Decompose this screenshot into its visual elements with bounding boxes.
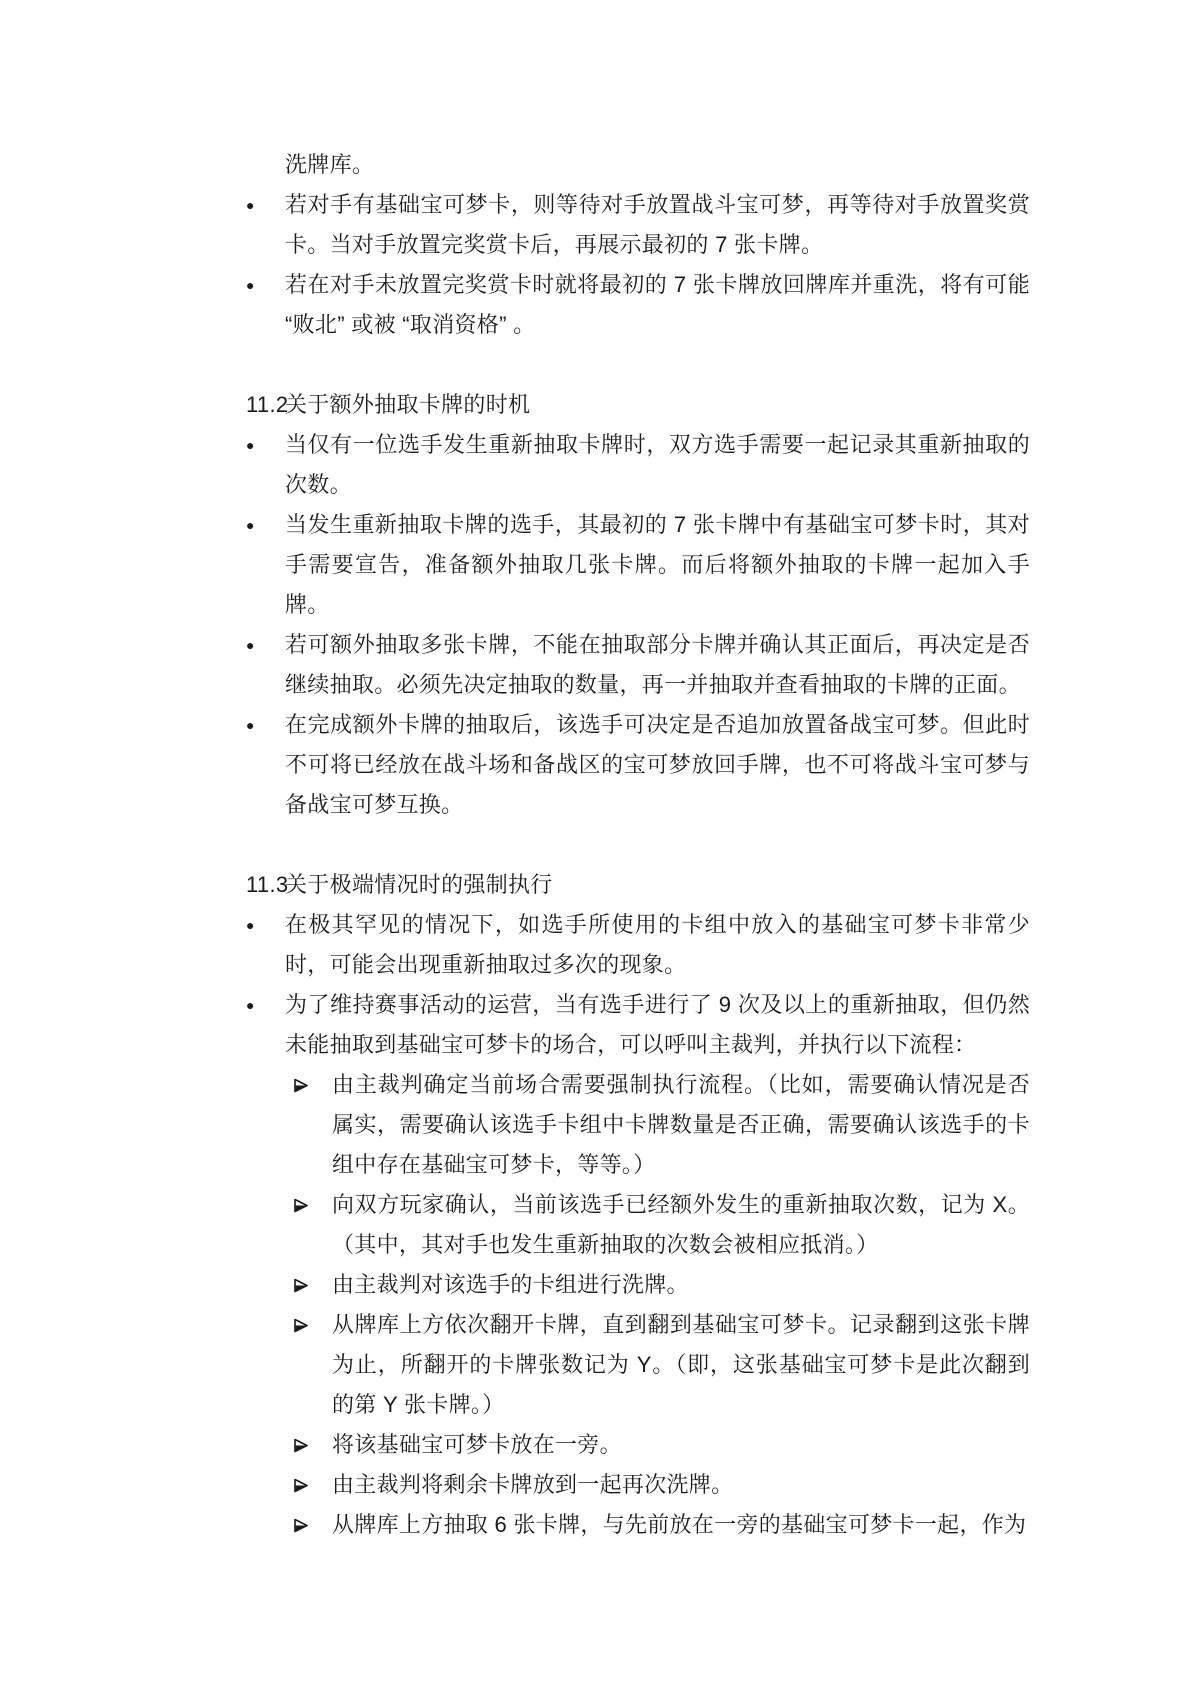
bullet-dot-icon: ● [246,625,285,665]
bullet-item: ●在完成额外卡牌的抽取后，该选手可决定是否追加放置备战宝可梦。但此时不可将已经放… [246,705,1030,825]
section-number: 11.3 [246,865,285,905]
bullet-dot-icon: ● [246,505,285,545]
bullet-item: ●当发生重新抽取卡牌的选手，其最初的 7 张卡牌中有基础宝可梦卡时，其对手需要宣… [246,505,1030,625]
document-content: 洗牌库。●若对手有基础宝可梦卡，则等待对手放置战斗宝可梦，再等待对手放置奖赏卡。… [0,0,1190,1545]
bullet-text: 在极其罕见的情况下，如选手所使用的卡组中放入的基础宝可梦卡非常少时，可能会出现重… [285,905,1030,985]
bullet-dot-icon: ● [246,705,285,745]
bullet-item: ●当仅有一位选手发生重新抽取卡牌时，双方选手需要一起记录其重新抽取的次数。 [246,425,1030,505]
section-title: 关于极端情况时的强制执行 [285,865,1030,905]
bullet-text: 当发生重新抽取卡牌的选手，其最初的 7 张卡牌中有基础宝可梦卡时，其对手需要宣告… [285,505,1030,625]
sub-bullet-item: 从牌库上方依次翻开卡牌，直到翻到基础宝可梦卡。记录翻到这张卡牌为止，所翻开的卡牌… [285,1305,1030,1425]
sub-bullet-text: 从牌库上方依次翻开卡牌，直到翻到基础宝可梦卡。记录翻到这张卡牌为止，所翻开的卡牌… [332,1305,1030,1425]
bullet-text: 在完成额外卡牌的抽取后，该选手可决定是否追加放置备战宝可梦。但此时不可将已经放在… [285,705,1030,825]
bullet-item: ●为了维持赛事活动的运营，当有选手进行了 9 次及以上的重新抽取，但仍然未能抽取… [246,985,1030,1065]
sub-bullet-item: 由主裁判将剩余卡牌放到一起再次洗牌。 [285,1465,1030,1505]
bullet-text: 为了维持赛事活动的运营，当有选手进行了 9 次及以上的重新抽取，但仍然未能抽取到… [285,985,1030,1065]
bullet-item: ●在极其罕见的情况下，如选手所使用的卡组中放入的基础宝可梦卡非常少时，可能会出现… [246,905,1030,985]
bullet-text: 若对手有基础宝可梦卡，则等待对手放置战斗宝可梦，再等待对手放置奖赏卡。当对手放置… [285,185,1030,265]
sub-bullet-text: 由主裁判对该选手的卡组进行洗牌。 [332,1265,1030,1305]
bullet-text: 若在对手未放置完奖赏卡时就将最初的 7 张卡牌放回牌库并重洗，将有可能 “败北”… [285,265,1030,345]
sub-bullet-text: 由主裁判将剩余卡牌放到一起再次洗牌。 [332,1465,1030,1505]
sub-bullet-item: 向双方玩家确认，当前该选手已经额外发生的重新抽取次数，记为 X。（其中，其对手也… [285,1185,1030,1265]
sub-bullet-text: 由主裁判确定当前场合需要强制执行流程。（比如，需要确认情况是否属实，需要确认该选… [332,1065,1030,1185]
arrowhead-right-icon [285,1305,332,1345]
arrowhead-right-icon [285,1185,332,1225]
bullet-text: 当仅有一位选手发生重新抽取卡牌时，双方选手需要一起记录其重新抽取的次数。 [285,425,1030,505]
sub-bullet-item: 由主裁判对该选手的卡组进行洗牌。 [285,1265,1030,1305]
sub-bullet-item: 从牌库上方抽取 6 张卡牌，与先前放在一旁的基础宝可梦卡一起，作为 [285,1505,1030,1545]
bullet-dot-icon: ● [246,185,285,225]
sub-bullet-item: 由主裁判确定当前场合需要强制执行流程。（比如，需要确认情况是否属实，需要确认该选… [285,1065,1030,1185]
arrowhead-right-icon [285,1065,332,1105]
bullet-dot-icon: ● [246,905,285,945]
bullet-dot-icon: ● [246,985,285,1025]
bullet-dot-icon: ● [246,425,285,465]
bullet-text: 若可额外抽取多张卡牌，不能在抽取部分卡牌并确认其正面后，再决定是否继续抽取。必须… [285,625,1030,705]
sub-bullet-text: 向双方玩家确认，当前该选手已经额外发生的重新抽取次数，记为 X。（其中，其对手也… [332,1185,1030,1265]
bullet-dot-icon: ● [246,265,285,305]
bullet-item: ●若对手有基础宝可梦卡，则等待对手放置战斗宝可梦，再等待对手放置奖赏卡。当对手放… [246,185,1030,265]
section-heading: 11.2关于额外抽取卡牌的时机 [246,385,1030,425]
section-title: 关于额外抽取卡牌的时机 [285,385,1030,425]
arrowhead-right-icon [285,1505,332,1545]
sub-bullet-text: 将该基础宝可梦卡放在一旁。 [332,1425,1030,1465]
arrowhead-right-icon [285,1265,332,1305]
sub-bullet-text: 从牌库上方抽取 6 张卡牌，与先前放在一旁的基础宝可梦卡一起，作为 [332,1505,1030,1545]
bullet-item: ●若可额外抽取多张卡牌，不能在抽取部分卡牌并确认其正面后，再决定是否继续抽取。必… [246,625,1030,705]
sub-bullet-item: 将该基础宝可梦卡放在一旁。 [285,1425,1030,1465]
section-heading: 11.3关于极端情况时的强制执行 [246,865,1030,905]
arrowhead-right-icon [285,1465,332,1505]
section-number: 11.2 [246,385,285,425]
document-page: 洗牌库。●若对手有基础宝可梦卡，则等待对手放置战斗宝可梦，再等待对手放置奖赏卡。… [0,0,1190,1683]
arrowhead-right-icon [285,1425,332,1465]
bullet-item: ●若在对手未放置完奖赏卡时就将最初的 7 张卡牌放回牌库并重洗，将有可能 “败北… [246,265,1030,345]
paragraph-continuation: 洗牌库。 [285,145,1030,185]
